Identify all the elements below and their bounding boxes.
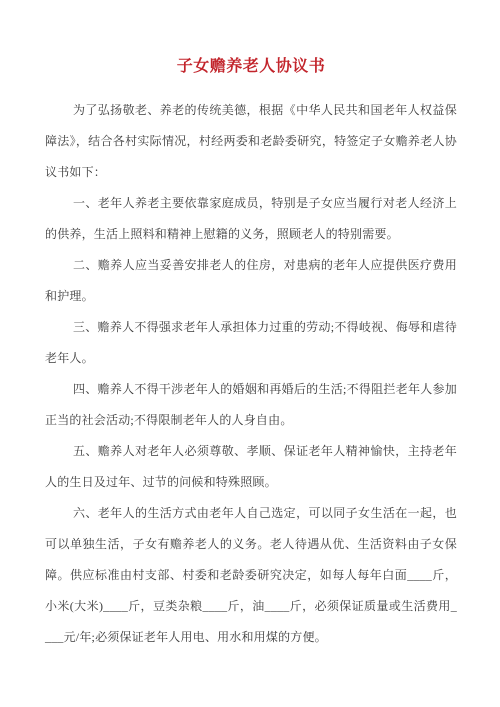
clause-4: 四、赡养人不得干涉老年人的婚姻和再婚后的生活;不得阻拦老年人参加正当的社会活动;… — [45, 374, 457, 436]
clause-2: 二、赡养人应当妥善安排老人的住房，对患病的老年人应提供医疗费用和护理。 — [45, 250, 457, 312]
intro-paragraph: 为了弘扬敬老、养老的传统美德，根据《中华人民共和国老年人权益保障法》，结合各村实… — [45, 95, 457, 188]
document-title: 子女赡养老人协议书 — [45, 56, 457, 78]
clause-1: 一、老年人养老主要依靠家庭成员，特别是子女应当履行对老人经济上的供养，生活上照料… — [45, 188, 457, 250]
clause-5: 五、赡养人对老年人必须尊敬、孝顺、保证老年人精神愉快，主持老年人的生日及过年、过… — [45, 436, 457, 498]
document-page: 子女赡养老人协议书 为了弘扬敬老、养老的传统美德，根据《中华人民共和国老年人权益… — [0, 0, 500, 707]
clause-3: 三、赡养人不得强求老年人承担体力过重的劳动;不得岐视、侮辱和虐待老年人。 — [45, 312, 457, 374]
clause-6: 六、老年人的生活方式由老年人自己选定，可以同子女生活在一起，也可以单独生活，子女… — [45, 498, 457, 653]
